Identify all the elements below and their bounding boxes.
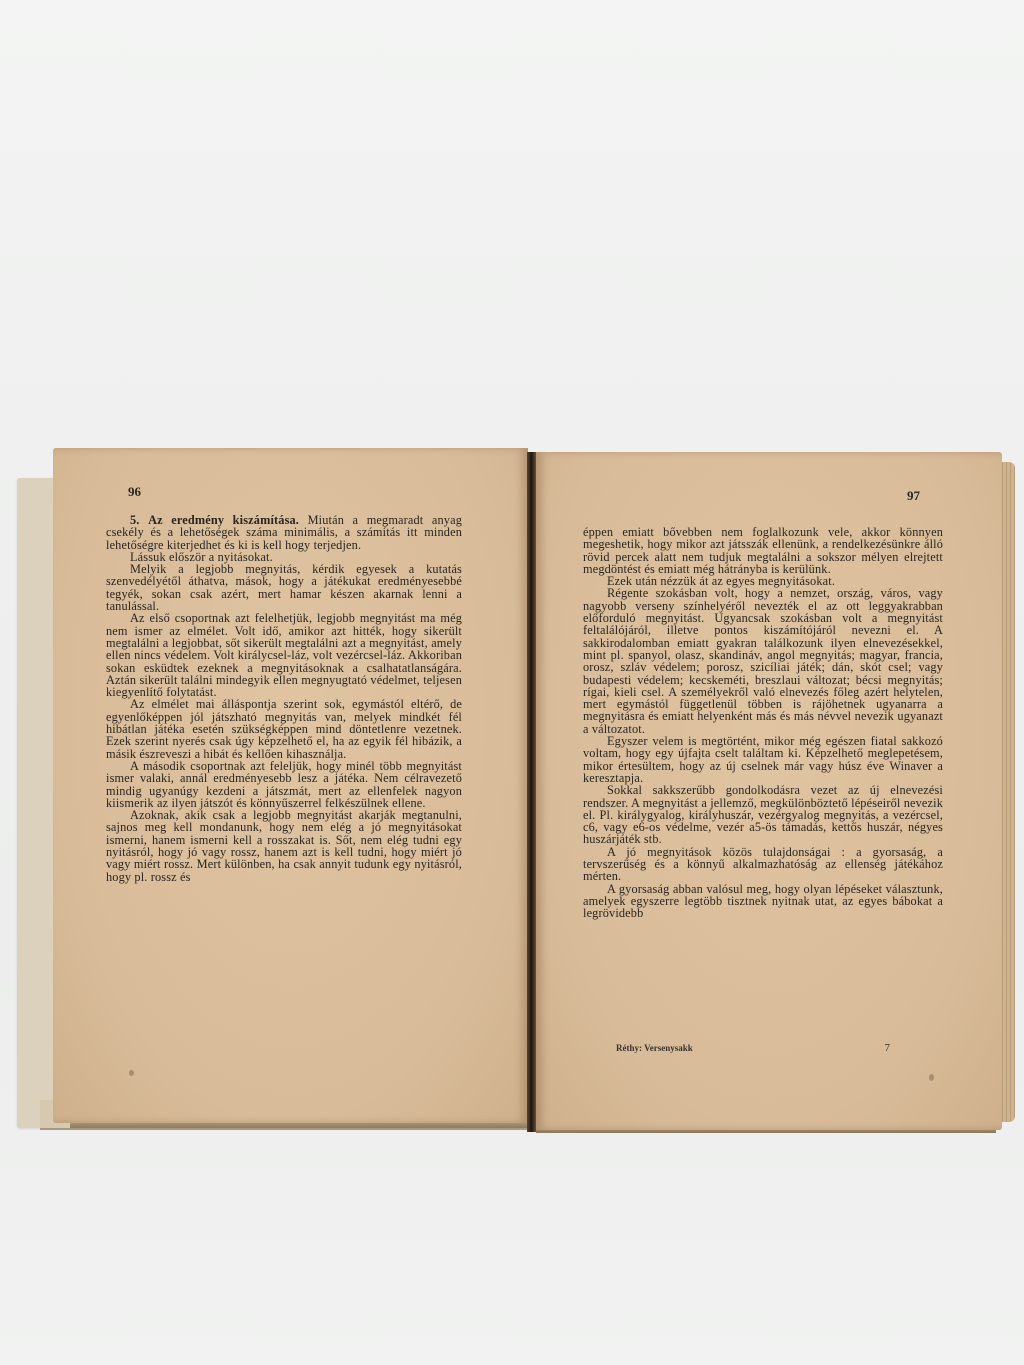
book-spine: [527, 452, 536, 1132]
page-number: 97: [907, 488, 920, 504]
paragraph: Az első csoportnak azt felelhetjük, legj…: [106, 612, 462, 698]
body-text: 5. Az eredmény kiszámítása. Miután a meg…: [106, 514, 462, 883]
paragraph: Azoknak, akik csak a legjobb megnyitást …: [106, 809, 462, 883]
paragraph: Melyik a legjobb megnyitás, kérdik egyes…: [106, 563, 462, 612]
left-page: 96 5. Az eredmény kiszámítása. Miután a …: [53, 448, 528, 1123]
right-page: 97 éppen emiatt bővebben nem foglalkozun…: [536, 452, 1002, 1130]
paragraph: 5. Az eredmény kiszámítása. Miután a meg…: [106, 514, 462, 551]
paragraph: A jó megnyitások közös tulajdonságai : a…: [583, 846, 943, 883]
signature-mark: 7: [885, 1042, 891, 1054]
page-number: 96: [128, 484, 141, 500]
paragraph: A második csoportnak azt feleljük, hogy …: [106, 760, 462, 809]
paragraph: A gyorsaság abban valósul meg, hogy olya…: [583, 883, 943, 920]
paragraph: Régente szokásban volt, hogy a nemzet, o…: [583, 587, 943, 735]
paragraph: éppen emiatt bővebben nem foglalkozunk v…: [583, 526, 943, 575]
paper-stain: [929, 1074, 934, 1081]
paper-stain: [129, 1070, 134, 1076]
paragraph: Egyszer velem is megtörtént, mikor még e…: [583, 735, 943, 784]
body-text: éppen emiatt bővebben nem foglalkozunk v…: [583, 526, 943, 920]
running-footer: Réthy: Versenysakk: [616, 1043, 693, 1053]
paragraph: Sokkal sakkszerűbb gondolkodásra vezet a…: [583, 784, 943, 845]
paragraph: Az elmélet mai álláspontja szerint sok, …: [106, 698, 462, 759]
